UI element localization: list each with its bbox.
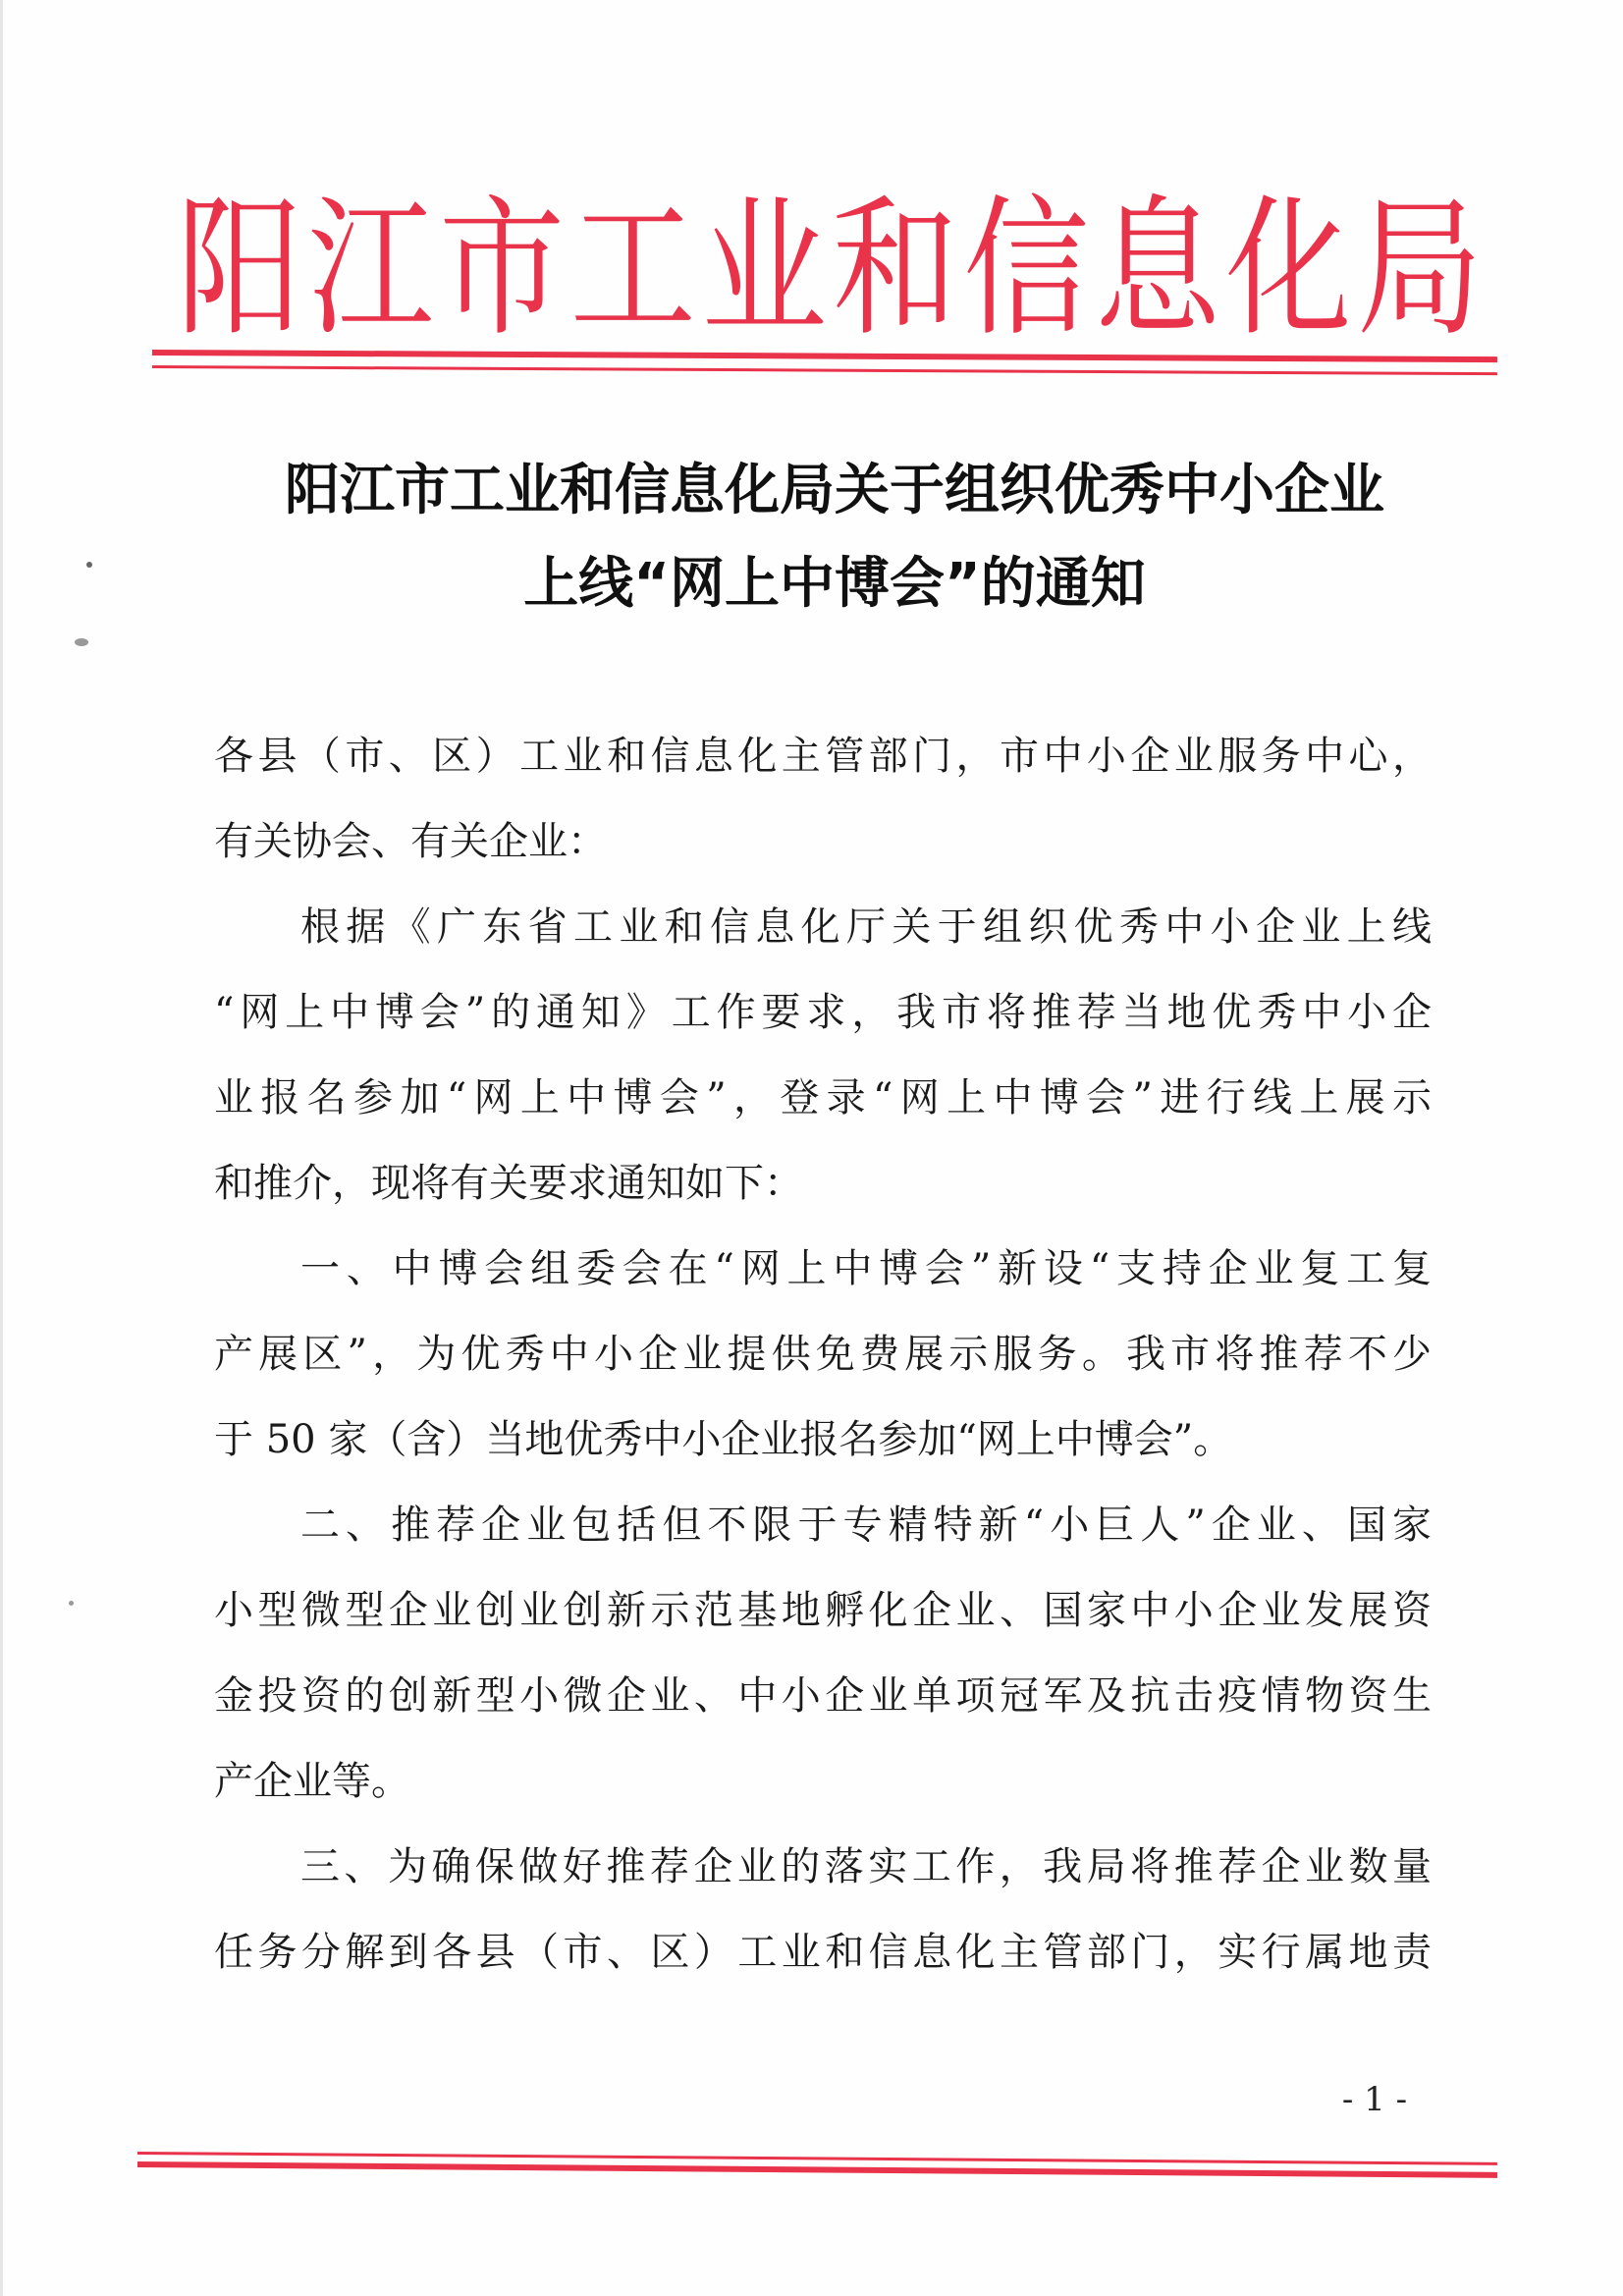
body-line-item-1: 一、中博会组委会在“网上中博会”新设“支持企业复工复 (300, 1244, 1432, 1293)
document-title-line-2: 上线“网上中博会”的通知 (196, 550, 1473, 619)
masthead-char: 市 (439, 182, 565, 358)
scan-speck (75, 638, 88, 646)
body-line: 小型微型企业创业创新示范基地孵化企业、国家中小企业发展资 (214, 1586, 1432, 1635)
body-line-item-3: 三、为确保做好推荐企业的落实工作，我局将推荐企业数量 (300, 1842, 1432, 1891)
scan-speck (69, 1601, 74, 1606)
document-title-line-1: 阳江市工业和信息化局关于组织优秀中小企业 (196, 457, 1473, 525)
body-line: 产企业等。 (214, 1757, 1432, 1806)
body-line: 和推介，现将有关要求通知如下： (214, 1159, 1432, 1208)
body-line-item-2: 二、推荐企业包括但不限于专精特新“小巨人”企业、国家 (300, 1501, 1432, 1550)
body-line: 于 50 家（含）当地优秀中小企业报名参加“网上中博会”。 (214, 1415, 1432, 1464)
document-page: 阳 江 市 工 业 和 信 息 化 局 阳江市工业和信息化局关于组织优秀中小企业… (0, 0, 1623, 2296)
body-line: 产展区”，为优秀中小企业提供免费展示服务。我市将推荐不少 (214, 1330, 1432, 1379)
scan-edge (0, 0, 3, 2296)
masthead-char: 化 (1225, 182, 1351, 358)
body-line: 根据《广东省工业和信息化厅关于组织优秀中小企业上线 (300, 902, 1432, 952)
masthead-title: 阳 江 市 工 业 和 信 息 化 局 (177, 182, 1483, 358)
masthead-char: 局 (1357, 182, 1483, 358)
masthead-char: 业 (701, 182, 827, 358)
body-line-addressee: 各县（市、区）工业和信息化主管部门，市中小企业服务中心， (214, 732, 1432, 781)
body-line: 业报名参加“网上中博会”，登录“网上中博会”进行线上展示 (214, 1073, 1432, 1122)
masthead-char: 信 (963, 182, 1089, 358)
masthead-rule-thin (152, 365, 1497, 375)
body-line: 任务分解到各县（市、区）工业和信息化主管部门，实行属地责 (214, 1928, 1432, 1977)
body-line-addressee-cont: 有关协会、有关企业： (214, 817, 1432, 866)
page-number: - 1 - (1316, 2080, 1434, 2119)
masthead-char: 工 (570, 182, 696, 358)
body-line: 金投资的创新型小微企业、中小企业单项冠军及抗击疫情物资生 (214, 1671, 1432, 1721)
masthead-char: 和 (833, 182, 958, 358)
body-line: “网上中博会”的通知》工作要求，我市将推荐当地优秀中小企 (214, 988, 1432, 1037)
scan-speck (86, 562, 92, 568)
masthead-char: 阳 (177, 182, 302, 358)
masthead-char: 息 (1095, 182, 1220, 358)
footer-rule-thick (137, 2161, 1497, 2178)
masthead-char: 江 (308, 182, 434, 358)
